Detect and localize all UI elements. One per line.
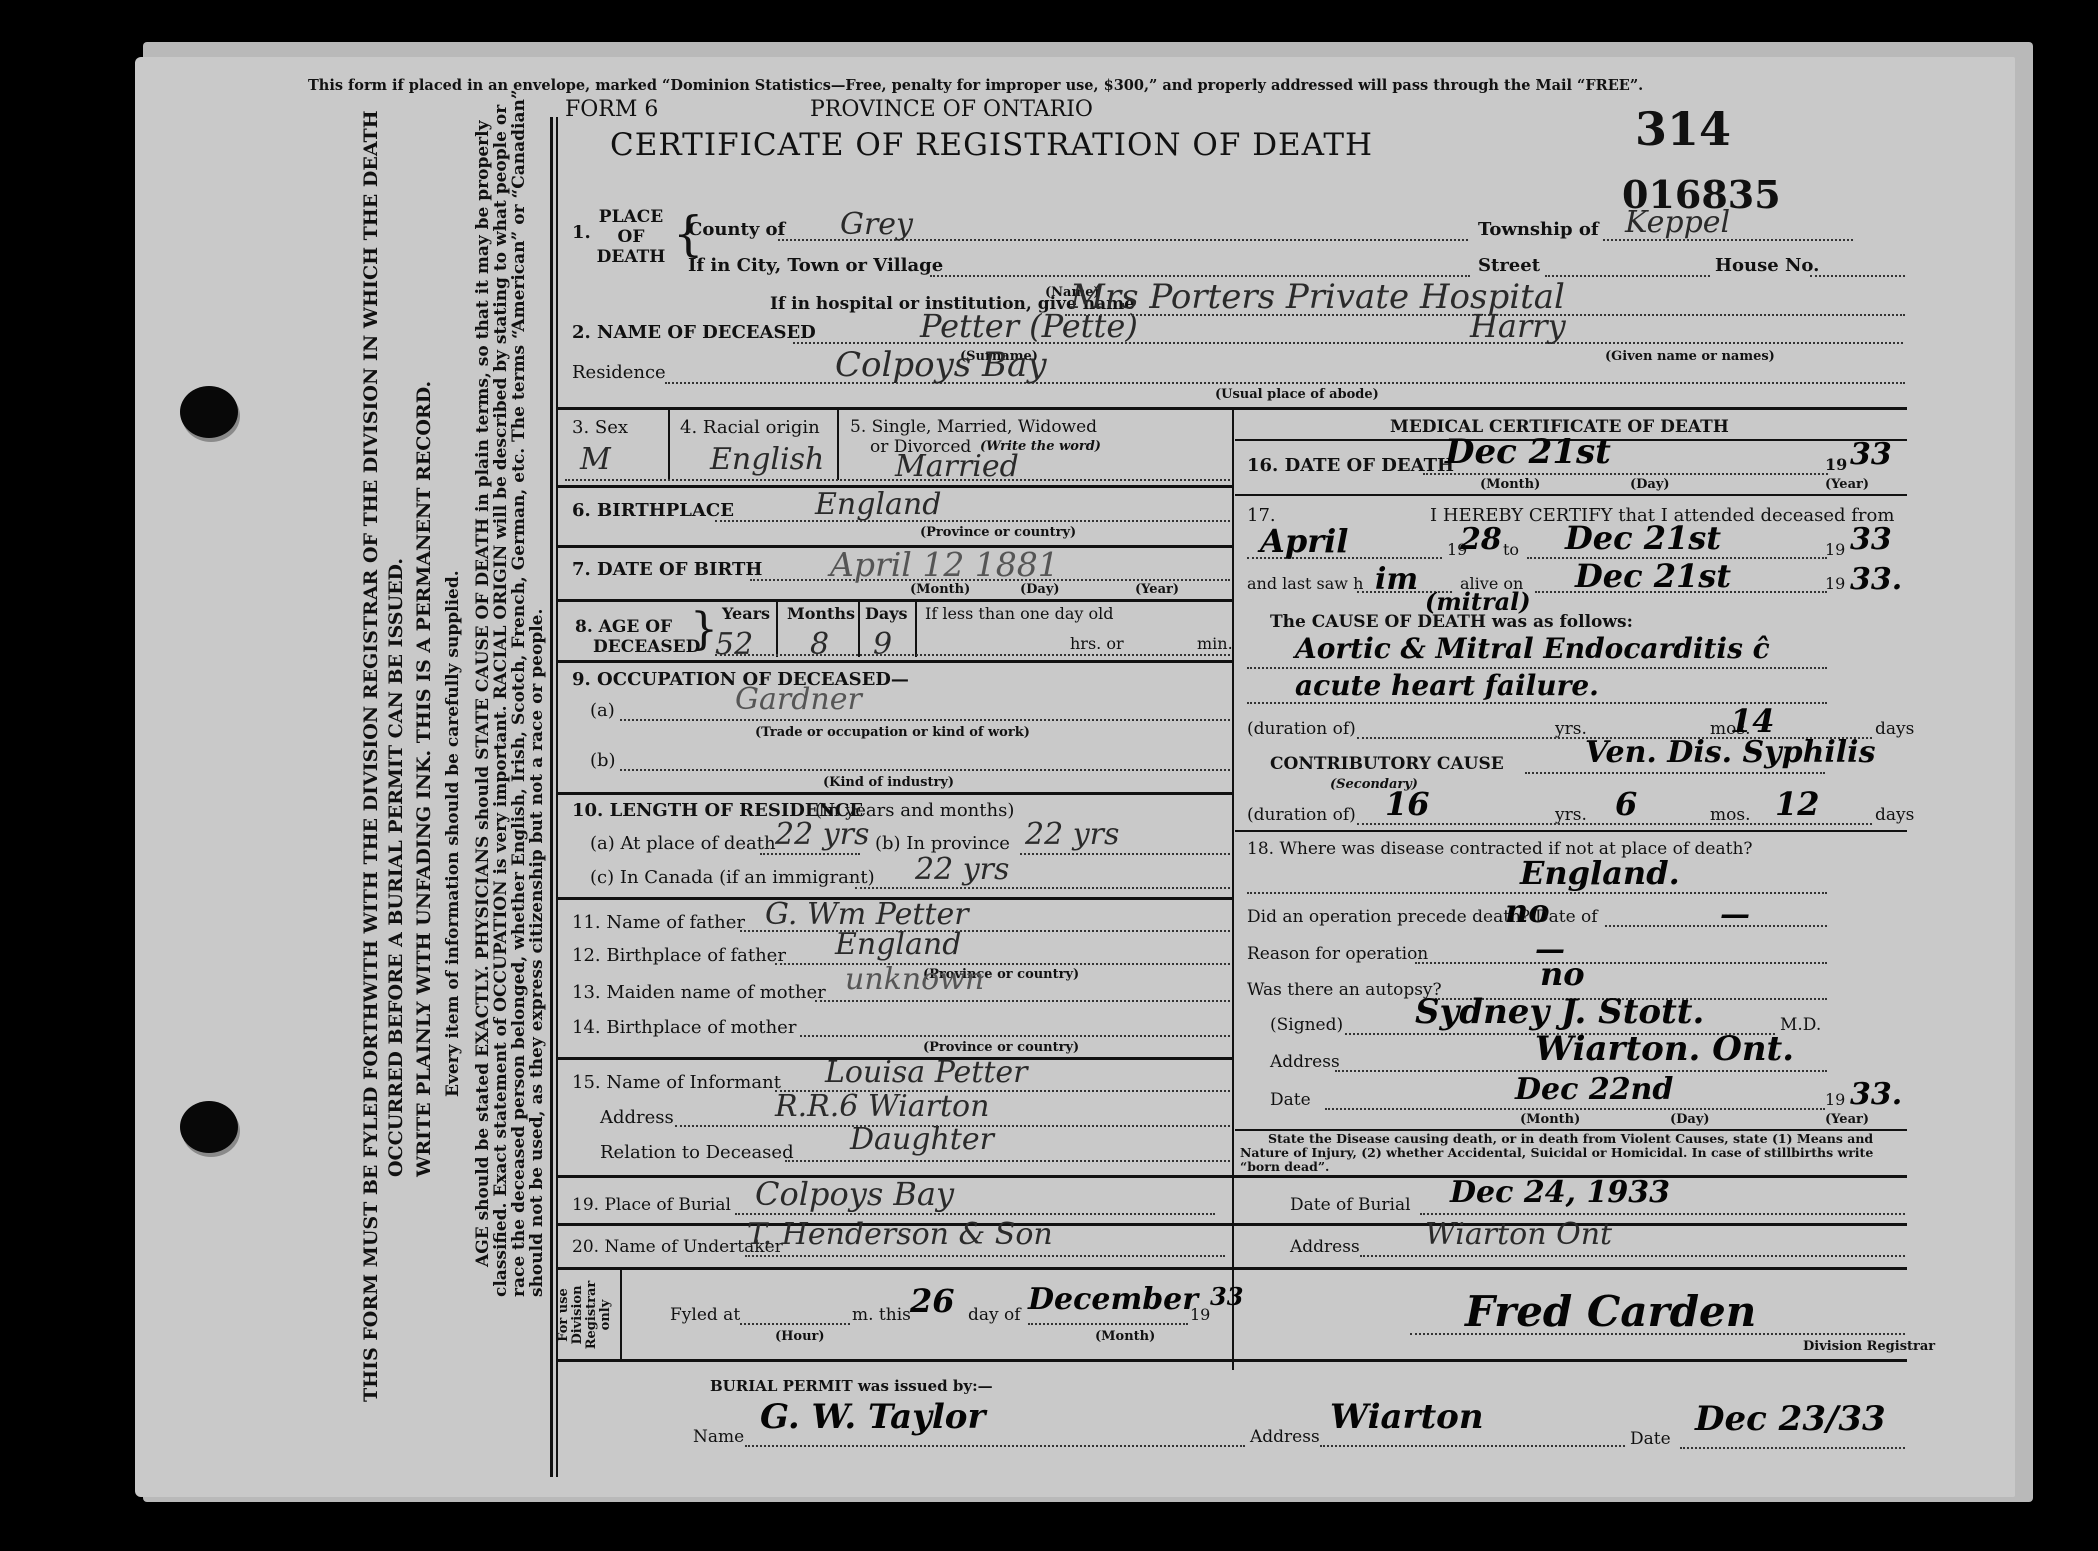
last-saw-date-value: Dec 21st (1575, 557, 1731, 595)
duration-mos-2: mos. (1710, 805, 1750, 825)
informant-address-value: R.R.6 Wiarton (775, 1089, 989, 1124)
autopsy-label: Was there an autopsy? (1247, 980, 1442, 1000)
birthplace-caption: (Province or country) (920, 525, 1076, 540)
physician-year-caption: (Year) (1825, 1112, 1869, 1127)
occupation-b-label: (b) (590, 750, 616, 771)
medical-note: State the Disease causing death, or in d… (1240, 1132, 1905, 1174)
column-divider (1232, 410, 1234, 1370)
fyled-month: December (1028, 1282, 1198, 1317)
at-place-value: 22 yrs (775, 817, 869, 852)
side-instruction-1: THIS FORM MUST BE FYLED FORTHWITH WITH T… (360, 110, 382, 1402)
operation-reason-line (1415, 962, 1827, 964)
cell-divider (858, 602, 860, 657)
permit-date-line (1680, 1447, 1905, 1449)
undertaker-address-value: Wiarton Ont (1425, 1217, 1612, 1252)
last-saw-label: and last saw h (1247, 574, 1363, 593)
father-name-label: 11. Name of father (572, 912, 745, 933)
in-canada-value: 22 yrs (915, 852, 1009, 887)
province-heading: PROVINCE OF ONTARIO (810, 97, 1093, 122)
physician-day-caption: (Day) (1670, 1112, 1710, 1127)
race-value: English (710, 442, 824, 477)
divider (557, 1359, 1907, 1362)
county-label: County of (688, 219, 785, 240)
side-instruction-7: race the deceased person belonged, wheth… (509, 89, 529, 1297)
dob-label: 7. DATE OF BIRTH (572, 559, 762, 580)
permit-name-line (745, 1445, 1245, 1447)
operation-date-value: — (1720, 897, 1750, 932)
registrar-side-label: For use Division Registrar only (557, 1275, 613, 1355)
cause-label: The CAUSE OF DEATH was as follows: (1270, 612, 1633, 632)
contracted-value: England. (1520, 854, 1680, 892)
section-number: 1. (572, 222, 591, 243)
last-saw-year: 33. (1850, 562, 1902, 597)
duration-days-2: days (1875, 805, 1914, 825)
fyled-at-label: Fyled at (670, 1305, 740, 1325)
dod-day-caption: (Day) (1630, 477, 1670, 492)
cell-divider (620, 1270, 622, 1360)
mother-birthplace-caption: (Province or country) (923, 1040, 1079, 1055)
sex-label: 3. Sex (572, 417, 628, 438)
side-instruction-3: WRITE PLAINLY WITH UNFADING INK. THIS IS… (413, 381, 435, 1177)
occupation-a-caption: (Trade or occupation or kind of work) (755, 725, 1030, 740)
duration-yrs: yrs. (1555, 719, 1587, 739)
brace: } (690, 607, 718, 653)
in-canada-line (855, 887, 1230, 889)
burial-place-label: 19. Place of Burial (572, 1195, 731, 1215)
form-number: FORM 6 (565, 97, 658, 122)
cell-divider (915, 602, 917, 657)
signed-label: (Signed) (1270, 1015, 1343, 1035)
burial-date-value: Dec 24, 1933 (1450, 1175, 1670, 1210)
given-name-value: Harry (1470, 307, 1566, 345)
age-years-value: 52 (715, 627, 753, 662)
relation-label: Relation to Deceased (600, 1142, 794, 1163)
birthplace-value: England (815, 487, 941, 522)
dob-value: April 12 1881 (830, 545, 1059, 584)
burial-place-line (735, 1213, 1215, 1215)
month-caption-registrar: (Month) (1095, 1329, 1155, 1344)
cause-value-1: Aortic & Mitral Endocarditis ĉ (1295, 632, 1770, 665)
burial-permit-label: BURIAL PERMIT was issued by:— (710, 1377, 993, 1395)
race-label: 4. Racial origin (680, 417, 820, 438)
permit-address-line (1320, 1445, 1625, 1447)
duration-line-2 (1357, 823, 1872, 825)
township-label: Township of (1478, 219, 1599, 240)
fyled-hour-line (740, 1323, 850, 1325)
divider (557, 599, 1232, 602)
hour-caption: (Hour) (775, 1329, 825, 1344)
fyled-month-line (1028, 1323, 1188, 1325)
side-instruction-8: should not be used, as they express citi… (527, 609, 547, 1297)
divider (557, 1267, 1907, 1270)
undertaker-address-line (1360, 1255, 1905, 1257)
years-label: Years (722, 604, 770, 623)
registrar-title: Division Registrar (1803, 1339, 1935, 1354)
less-than-day-label: If less than one day old (925, 604, 1113, 623)
house-line (1810, 275, 1905, 277)
occupation-b-caption: (Kind of industry) (823, 775, 954, 790)
mother-birthplace-line (800, 1035, 1230, 1037)
relation-line (785, 1160, 1230, 1162)
dod-month-caption: (Month) (1480, 477, 1540, 492)
attended-to-nineteen: 19 (1825, 540, 1845, 559)
days-label: Days (865, 604, 908, 623)
in-province-value: 22 yrs (1025, 817, 1119, 852)
father-birthplace-label: 12. Birthplace of father (572, 945, 786, 966)
undertaker-line (745, 1255, 1225, 1257)
register-number: 314 (1635, 102, 1731, 156)
father-birthplace-value: England (835, 927, 961, 962)
day-of-label: day of (968, 1305, 1021, 1325)
dod-year: 33 (1850, 437, 1892, 472)
contributory-value: Ven. Dis. Syphilis (1585, 735, 1875, 770)
age-label-2: DECEASED (593, 637, 700, 657)
physician-date-nineteen: 19 (1825, 1090, 1845, 1109)
duration-label-2: (duration of) (1247, 805, 1356, 825)
occupation-a-label: (a) (590, 700, 615, 721)
contributory-years: 16 (1385, 785, 1430, 823)
operation-date-label: Date of (1535, 907, 1598, 927)
city-label: If in City, Town or Village (688, 255, 943, 276)
side-instruction-2: OCCURRED BEFORE A BURIAL PERMIT CAN BE I… (385, 558, 407, 1177)
birthplace-line (715, 520, 1230, 522)
month-caption: (Month) (910, 582, 970, 597)
to-label: to (1503, 540, 1519, 559)
occupation-a-line (620, 719, 1230, 721)
day-caption: (Day) (1020, 582, 1060, 597)
residence-value: Colpoys Bay (835, 345, 1047, 385)
hrs-label: hrs. or (1070, 634, 1124, 653)
street-label: Street (1478, 255, 1540, 276)
physician-address-label: Address (1270, 1052, 1340, 1072)
physician-date-value: Dec 22nd (1515, 1072, 1673, 1107)
duration-yrs-2: yrs. (1555, 805, 1587, 825)
permit-address-value: Wiarton (1330, 1397, 1484, 1437)
surname-value: Petter (Pette) (920, 307, 1138, 345)
burial-place-value: Colpoys Bay (755, 1175, 954, 1213)
dod-line (1423, 473, 1828, 475)
dod-nineteen: 19 (1825, 455, 1847, 474)
side-instruction-6: classified. Exact statement of OCCUPATIO… (491, 105, 511, 1297)
physician-date-year: 33. (1850, 1077, 1902, 1112)
certificate-paper: THIS FORM MUST BE FYLED FORTHWITH WITH T… (135, 57, 2015, 1497)
contributory-months: 6 (1615, 785, 1637, 823)
county-value: Grey (840, 207, 913, 242)
mother-name-value: unknown (845, 962, 984, 997)
divider (557, 660, 1232, 663)
divider (557, 792, 1232, 795)
year-caption: (Year) (1135, 582, 1179, 597)
last-saw-pronoun: im (1375, 562, 1418, 597)
at-place-label: (a) At place of death (590, 833, 776, 854)
township-value: Keppel (1625, 205, 1730, 240)
fyled-day: 26 (910, 1282, 955, 1320)
residence-label: Residence (572, 362, 666, 383)
contributory-label: CONTRIBUTORY CAUSE (1270, 754, 1504, 774)
mailing-notice: This form if placed in an envelope, mark… (308, 77, 1643, 94)
physician-signature: Sydney J. Stott. (1415, 992, 1704, 1032)
informant-address-label: Address (600, 1107, 674, 1128)
form-border (550, 117, 553, 1477)
house-label: House No. (1715, 255, 1819, 276)
place-of-death-label: PLACE OF DEATH (595, 207, 667, 267)
occupation-b-line (620, 769, 1230, 771)
in-province-label: (b) In province (875, 833, 1010, 854)
cell-divider (837, 410, 839, 480)
fyled-year: 33 (1210, 1282, 1243, 1311)
in-canada-label: (c) In Canada (if an immigrant) (590, 867, 875, 888)
permit-date-label: Date (1630, 1429, 1671, 1449)
punch-hole (180, 386, 238, 438)
sex-value: M (580, 442, 611, 477)
age-label: 8. AGE OF (575, 617, 672, 637)
permit-address-label: Address (1250, 1427, 1320, 1447)
last-saw-nineteen: 19 (1825, 574, 1845, 593)
fyled-nineteen: 19 (1190, 1305, 1210, 1324)
dod-year-caption: (Year) (1825, 477, 1869, 492)
given-caption: (Given name or names) (1605, 349, 1775, 364)
physician-date-label: Date (1270, 1090, 1311, 1110)
physician-address-value: Wiarton. Ont. (1535, 1029, 1794, 1069)
informant-label: 15. Name of Informant (572, 1072, 781, 1093)
permit-name-label: Name (693, 1427, 744, 1447)
father-birthplace-line (775, 963, 1230, 965)
birthplace-label: 6. BIRTHPLACE (572, 500, 734, 521)
row-dots (565, 479, 1230, 481)
physician-month-caption: (Month) (1520, 1112, 1580, 1127)
age-dots (715, 654, 1230, 656)
burial-date-line (1420, 1213, 1905, 1215)
contributory-days: 12 (1775, 785, 1820, 823)
operation-reason-label: Reason for operation (1247, 944, 1428, 964)
mother-birthplace-label: 14. Birthplace of mother (572, 1017, 796, 1038)
autopsy-value: no (1540, 955, 1585, 993)
name-of-deceased-label: 2. NAME OF DECEASED (572, 322, 816, 343)
undertaker-value: T. Henderson & Son (747, 1217, 1053, 1252)
occupation-a-value: Gardner (735, 682, 862, 717)
min-label: min. (1197, 634, 1233, 653)
permit-name-value: G. W. Taylor (760, 1397, 985, 1437)
at-place-line (760, 853, 860, 855)
informant-value: Louisa Petter (825, 1055, 1028, 1090)
attended-from-year: 28 (1460, 522, 1502, 557)
divider (1235, 494, 1907, 496)
attended-to-year: 33 (1850, 522, 1892, 557)
residence-caption: (Usual place of abode) (1215, 387, 1379, 402)
in-province-line (1020, 853, 1230, 855)
operation-date-line (1605, 925, 1827, 927)
undertaker-address-label: Address (1290, 1237, 1360, 1257)
duration-label: (duration of) (1247, 719, 1356, 739)
marital-label: 5. Single, Married, Widowed (850, 417, 1097, 437)
mother-name-label: 13. Maiden name of mother (572, 982, 826, 1003)
divider (1235, 830, 1907, 832)
street-line (1545, 275, 1710, 277)
side-instruction-5: AGE should be stated EXACTLY. PHYSICIANS… (473, 121, 493, 1267)
registrar-signature: Fred Carden (1465, 1287, 1756, 1336)
dod-value: Dec 21st (1445, 432, 1611, 472)
age-months-value: 8 (810, 627, 829, 662)
cell-divider (668, 410, 670, 480)
duration-days: days (1875, 719, 1914, 739)
months-label: Months (787, 604, 855, 623)
certificate-title: CERTIFICATE OF REGISTRATION OF DEATH (610, 127, 1373, 163)
permit-date-value: Dec 23/33 (1695, 1399, 1886, 1439)
attended-from-value: April (1260, 522, 1348, 560)
relation-value: Daughter (850, 1122, 994, 1157)
form-border (556, 117, 558, 1477)
attended-to-value: Dec 21st (1565, 519, 1721, 557)
mother-name-line (815, 1000, 1230, 1002)
age-days-value: 9 (873, 627, 892, 662)
punch-hole (180, 1101, 238, 1153)
side-instruction-4: Every item of information should be care… (443, 570, 463, 1097)
contributory-line (1525, 772, 1825, 774)
m-this-label: m. this (852, 1305, 911, 1325)
cell-divider (776, 602, 778, 657)
burial-date-label: Date of Burial (1290, 1195, 1411, 1215)
operation-label: Did an operation precede death? (1247, 907, 1530, 927)
cause-value-2: acute heart failure. (1295, 669, 1599, 702)
physician-date-line (1325, 1108, 1825, 1110)
